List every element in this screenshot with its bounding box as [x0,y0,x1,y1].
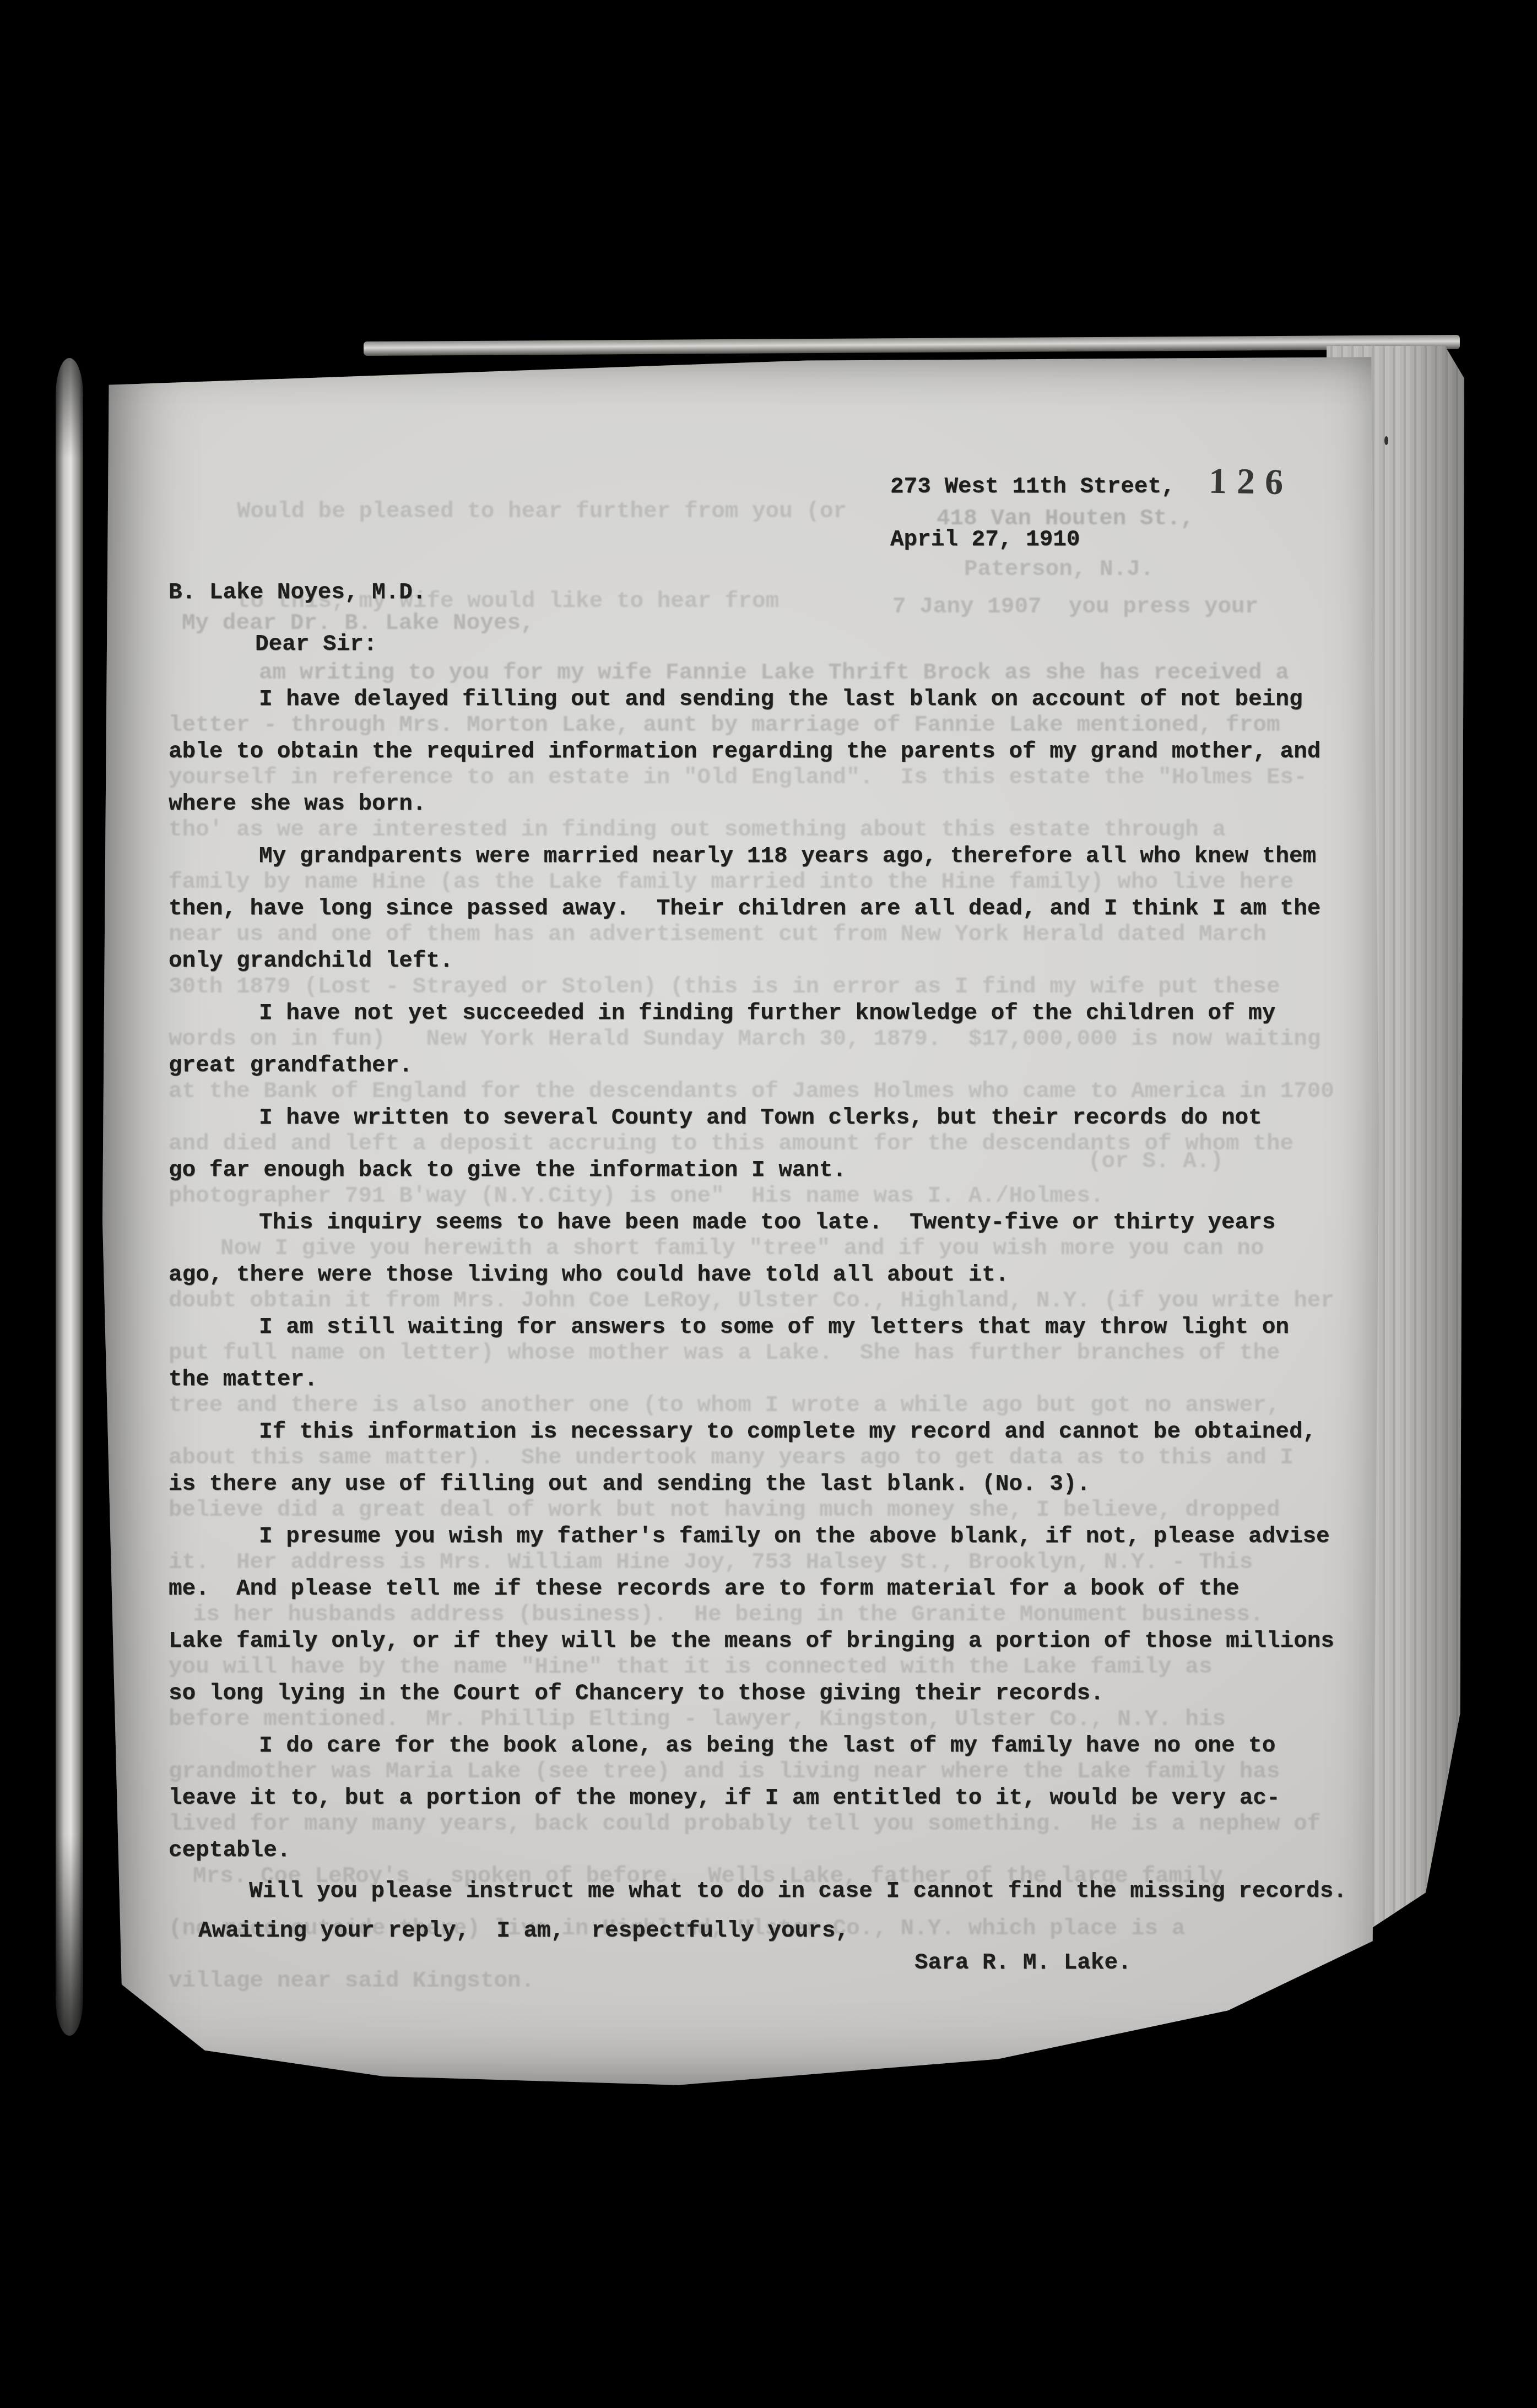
letter-line: I do care for the book alone, as being t… [259,1733,1275,1759]
date-line: April 27, 1910 [890,527,1080,553]
letter-line: I have written to several County and Tow… [259,1105,1262,1131]
letter-line: I am still waiting for answers to some o… [259,1314,1289,1341]
letter-line: If this information is necessary to comp… [259,1419,1316,1445]
letter-line: This inquiry seems to have been made too… [259,1210,1275,1236]
letter-line: only grandchild left. [169,948,453,974]
letter-line: ago, there were those living who could h… [169,1262,1009,1288]
letter-line: Will you please instruct me what to do i… [249,1878,1347,1905]
letter-line: the matter. [169,1366,318,1393]
letter-line: great grandfather. [169,1053,413,1079]
letter-line: able to obtain the required information … [169,739,1320,765]
salutation-line: Dear Sir: [255,631,377,658]
recipient-line: B. Lake Noyes, M.D. [169,579,426,606]
photo-stage: Would be pleased to hear further from yo… [0,0,1537,2408]
letter-line: I have delayed filling out and sending t… [259,686,1303,713]
page-number: 126 [1208,462,1293,502]
letter-line: go far enough back to give the informati… [169,1157,846,1184]
letter-text-layer: 273 West 11th Street,April 27, 1910B. La… [0,0,1537,2408]
letter-line: I presume you wish my father's family on… [259,1523,1330,1550]
letter-line: I have not yet succeeded in finding furt… [259,1000,1275,1027]
letter-line: where she was born. [169,791,426,817]
letter-line: so long lying in the Court of Chancery t… [169,1680,1104,1707]
letter-line: Lake family only, or if they will be the… [169,1628,1334,1655]
closing-line: Awaiting your reply, I am, respectfully … [198,1918,849,1944]
letter-line: me. And please tell me if these records … [169,1576,1240,1602]
letter-line: then, have long since passed away. Their… [169,896,1320,922]
address-line: 273 West 11th Street, [890,474,1175,500]
dust-speck [1384,436,1388,445]
letter-line: My grandparents were married nearly 118 … [259,843,1316,870]
letter-line: is there any use of filling out and send… [169,1471,1090,1498]
signature-line: Sara R. M. Lake. [914,1950,1132,1976]
letter-line: ceptable. [169,1837,290,1864]
letter-line: leave it to, but a portion of the money,… [169,1785,1280,1812]
